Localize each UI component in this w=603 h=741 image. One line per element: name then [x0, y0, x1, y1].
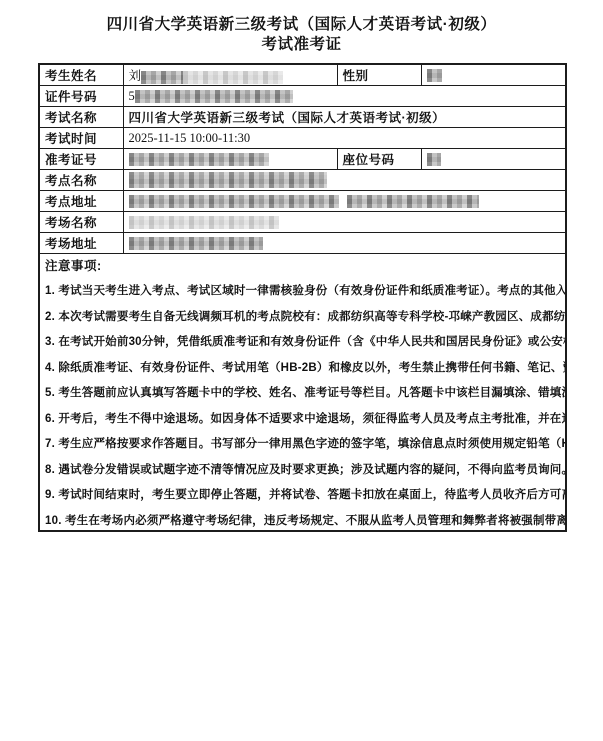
redacted-ticket-no — [129, 153, 269, 166]
exam-title-line: 四川省大学英语新三级考试（国际人才英语考试·初级） — [0, 15, 603, 35]
row-notes: 注意事项: 1. 考试当天考生进入考点、考试区域时一律需核验身份（有效身份证件和… — [39, 254, 566, 532]
row-ticket-seat: 准考证号 座位号码 — [39, 149, 566, 170]
admit-card-page: 四川省大学英语新三级考试（国际人才英语考试·初级） 考试准考证 考生姓名 刘 性… — [0, 0, 603, 741]
row-site-name: 考点名称 — [39, 170, 566, 191]
row-exam-name: 考试名称 四川省大学英语新三级考试（国际人才英语考试·初级） — [39, 107, 566, 128]
row-exam-time: 考试时间 2025-11-15 10:00-11:30 — [39, 128, 566, 149]
redacted-site-name — [129, 172, 327, 188]
redacted-name-tail — [183, 71, 283, 84]
id-value: 5 — [123, 86, 566, 107]
note-item-8: 8. 遇试卷分发错误或试题字迹不清等情况应及时要求更换；涉及试题内容的疑问，不得… — [45, 463, 560, 479]
id-label: 证件号码 — [39, 86, 123, 107]
row-room-address: 考场地址 — [39, 233, 566, 254]
exam-time-value: 2025-11-15 10:00-11:30 — [123, 128, 566, 149]
exam-name-label: 考试名称 — [39, 107, 123, 128]
admit-card-title-line: 考试准考证 — [0, 35, 603, 55]
room-addr-label: 考场地址 — [39, 233, 123, 254]
ticket-no-label: 准考证号 — [39, 149, 123, 170]
seat-no-value — [421, 149, 566, 170]
site-name-label: 考点名称 — [39, 170, 123, 191]
candidate-info-table: 考生姓名 刘 性别 证件号码 5 考试名称 四川省大学英语新三级考试（国际人才英… — [38, 63, 567, 532]
note-item-2: 2. 本次考试需要考生自备无线调频耳机的考点院校有：成都纺织高等专科学校-邛崃产… — [45, 310, 560, 326]
name-value: 刘 — [123, 64, 337, 86]
note-item-1: 1. 考试当天考生进入考点、考试区域时一律需核验身份（有效身份证件和纸质准考证）… — [45, 284, 560, 300]
redacted-room-name — [129, 216, 279, 229]
site-addr-label: 考点地址 — [39, 191, 123, 212]
note-item-5: 5. 考生答题前应认真填写答题卡中的学校、姓名、准考证号等栏目。凡答题卡中该栏目… — [45, 386, 560, 402]
exam-name-value: 四川省大学英语新三级考试（国际人才英语考试·初级） — [123, 107, 566, 128]
room-name-label: 考场名称 — [39, 212, 123, 233]
seat-no-label: 座位号码 — [337, 149, 421, 170]
gender-value — [421, 64, 566, 86]
note-item-10: 10. 考生在考场内必须严格遵守考场纪律，违反考场规定、不服从监考人员管理和舞弊… — [45, 514, 560, 530]
exam-time-label: 考试时间 — [39, 128, 123, 149]
redacted-site-addr — [129, 195, 339, 208]
row-name-gender: 考生姓名 刘 性别 — [39, 64, 566, 86]
row-room-name: 考场名称 — [39, 212, 566, 233]
room-name-value — [123, 212, 566, 233]
redacted-id — [135, 90, 293, 103]
row-id-number: 证件号码 5 — [39, 86, 566, 107]
redacted-name — [141, 71, 183, 84]
redacted-site-addr-parenthetical — [347, 195, 479, 208]
gender-label: 性别 — [337, 64, 421, 86]
redacted-gender — [427, 69, 442, 82]
notes-header: 注意事项: — [45, 256, 560, 274]
document-title: 四川省大学英语新三级考试（国际人才英语考试·初级） 考试准考证 — [0, 0, 603, 55]
name-visible-char: 刘 — [129, 69, 142, 83]
note-item-3: 3. 在考试开始前30分钟，凭借纸质准考证和有效身份证件（含《中华人民共和国居民… — [45, 335, 560, 351]
room-addr-value — [123, 233, 566, 254]
site-addr-value — [123, 191, 566, 212]
redacted-room-addr — [129, 237, 263, 250]
ticket-no-value — [123, 149, 337, 170]
redacted-seat-no — [427, 153, 441, 166]
row-site-address: 考点地址 — [39, 191, 566, 212]
note-item-9: 9. 考试时间结束时，考生要立即停止答题，并将试卷、答题卡扣放在桌面上，待监考人… — [45, 488, 560, 504]
note-item-7: 7. 考生应严格按要求作答题目。书写部分一律用黑色字迹的签字笔，填涂信息点时须使… — [45, 437, 560, 453]
site-name-value — [123, 170, 566, 191]
note-item-6: 6. 开考后，考生不得中途退场。如因身体不适要求中途退场，须征得监考人员及考点主… — [45, 412, 560, 428]
name-label: 考生姓名 — [39, 64, 123, 86]
notes-section: 注意事项: 1. 考试当天考生进入考点、考试区域时一律需核验身份（有效身份证件和… — [39, 254, 566, 532]
note-item-4: 4. 除纸质准考证、有效身份证件、考试用笔（HB-2B）和橡皮以外，考生禁止携带… — [45, 361, 560, 377]
